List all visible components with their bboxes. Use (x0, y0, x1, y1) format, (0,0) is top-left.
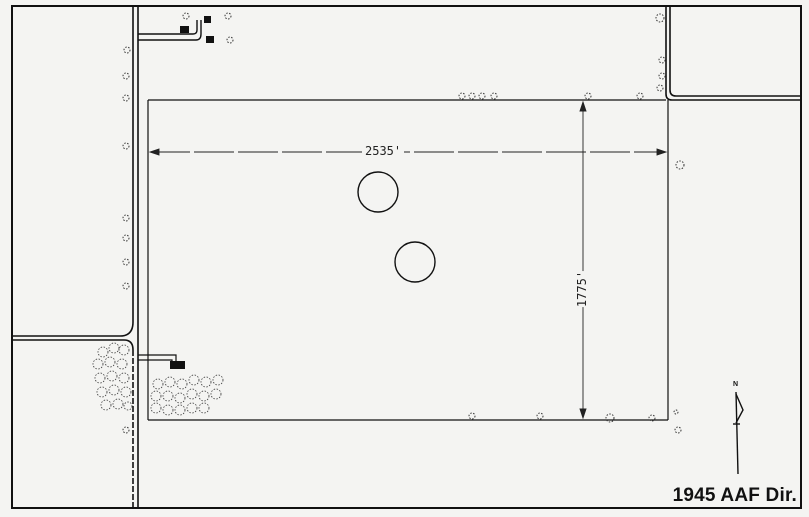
airfield-boundary (148, 100, 668, 420)
west-road (13, 6, 138, 508)
width-dimension-line (150, 149, 666, 155)
building (206, 36, 214, 43)
north-arrow-icon (733, 392, 743, 474)
height-dimension-line (580, 102, 586, 418)
map-frame (12, 6, 801, 508)
north-label: N (733, 381, 738, 388)
building (204, 16, 211, 23)
airfield-map (0, 0, 809, 517)
ne-road (666, 6, 801, 100)
nw-driveway (138, 20, 201, 40)
map-caption: 1945 AAF Dir. (673, 485, 797, 507)
building (180, 26, 189, 33)
height-dimension-label: 1775' (573, 271, 591, 307)
sw-driveway (138, 355, 176, 362)
width-dimension-label: 2535' (362, 144, 404, 158)
tree-marks (123, 13, 684, 433)
building (170, 361, 185, 369)
circle-marker-1 (358, 172, 398, 212)
tree-cluster-sw (93, 343, 223, 415)
circle-marker-2 (395, 242, 435, 282)
